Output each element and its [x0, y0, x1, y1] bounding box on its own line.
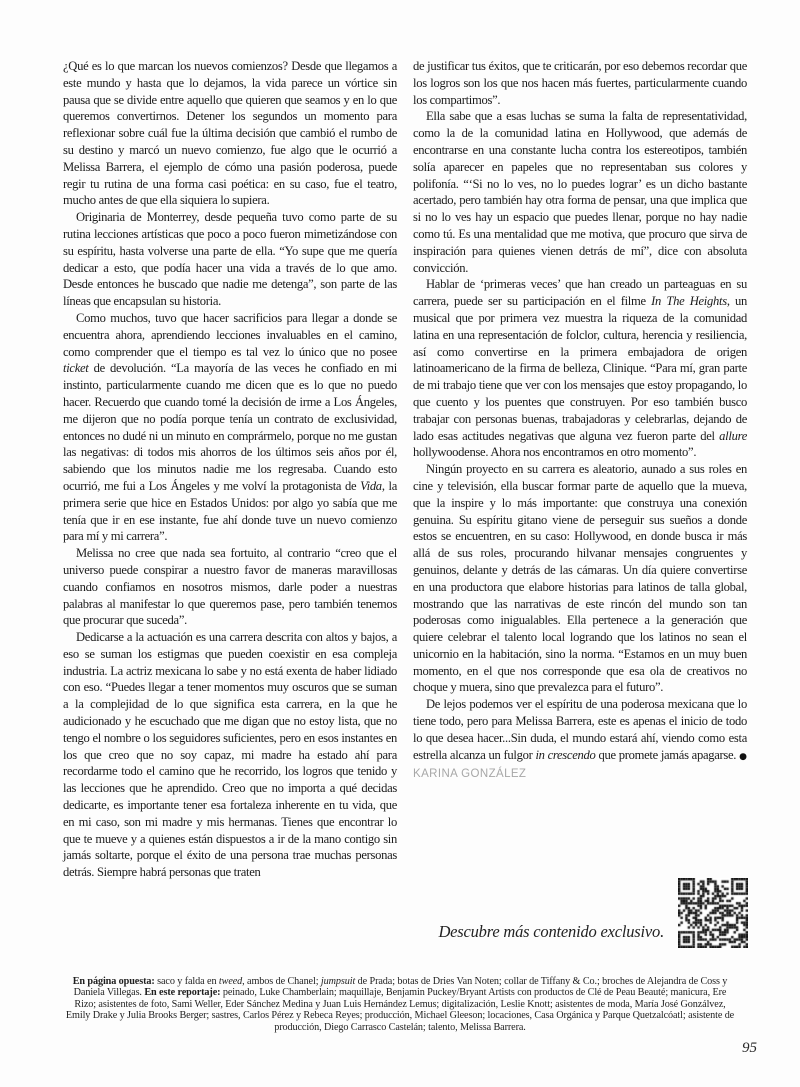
paragraph: Ningún proyecto en su carrera es aleator… — [413, 461, 747, 696]
end-of-article-bullet-icon: ● — [739, 752, 747, 762]
author-byline: KARINA GONZÁLEZ — [413, 768, 526, 780]
qr-section: Descubre más contenido exclusivo. — [438, 878, 748, 948]
article-column-right: de justificar tus éxitos, que te critica… — [413, 58, 747, 881]
page-number: 95 — [742, 1040, 757, 1057]
paragraph: De lejos podemos ver el espíritu de una … — [413, 696, 747, 783]
article-column-left: ¿Qué es lo que marcan los nuevos comienz… — [63, 58, 397, 881]
paragraph: Melissa no cree que nada sea fortuito, a… — [63, 545, 397, 629]
paragraph: ¿Qué es lo que marcan los nuevos comienz… — [63, 58, 397, 209]
qr-code-icon — [678, 878, 748, 948]
article-body: ¿Qué es lo que marcan los nuevos comienz… — [63, 58, 747, 881]
paragraph: Ella sabe que a esas luchas se suma la f… — [413, 108, 747, 276]
paragraph: Dedicarse a la actuación es una carrera … — [63, 629, 397, 881]
paragraph: Como muchos, tuvo que hacer sacrificios … — [63, 310, 397, 545]
credits: En página opuesta: saco y falda en tweed… — [64, 976, 736, 1033]
paragraph: Hablar de ‘primeras veces’ que han cread… — [413, 276, 747, 461]
paragraph: de justificar tus éxitos, que te critica… — [413, 58, 747, 108]
paragraph: Originaria de Monterrey, desde pequeña t… — [63, 209, 397, 310]
qr-caption: Descubre más contenido exclusivo. — [438, 922, 664, 942]
magazine-page: ¿Qué es lo que marcan los nuevos comienz… — [0, 0, 800, 1087]
paragraph: En página opuesta: saco y falda en tweed… — [64, 976, 736, 1033]
